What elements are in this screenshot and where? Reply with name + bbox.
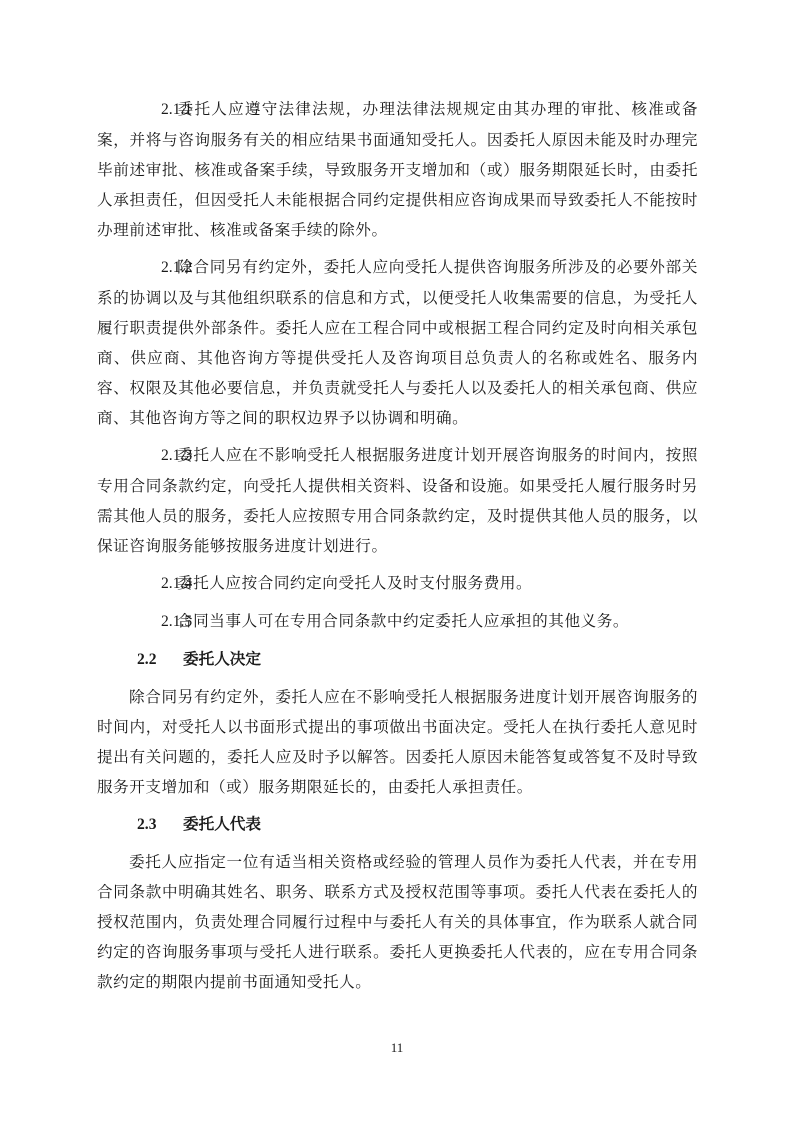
section-heading-2-2: 2.2委托人决定 xyxy=(97,644,698,675)
clause-2-1-4: 2.1.4委托人应按合同约定向受托人及时支付服务费用。 xyxy=(97,568,698,599)
heading-title: 委托人代表 xyxy=(183,814,261,833)
clause-text: 委托人应在不影响受托人根据服务进度计划开展咨询服务的时间内，按照专用合同条款约定… xyxy=(97,446,698,555)
clause-number: 2.1.5 xyxy=(129,607,177,637)
clause-number: 2.1.4 xyxy=(129,569,177,599)
paragraph-2-3: 委托人应指定一位有适当相关资格或经验的管理人员作为委托人代表，并在专用合同条款中… xyxy=(97,847,698,997)
heading-title: 委托人决定 xyxy=(183,649,261,668)
clause-number: 2.1.3 xyxy=(129,441,177,471)
clause-text: 委托人应按合同约定向受托人及时支付服务费用。 xyxy=(177,574,532,592)
clause-2-1-2: 2.1.2除合同另有约定外，委托人应向受托人提供咨询服务所涉及的必要外部关系的协… xyxy=(97,252,698,433)
clause-text: 合同当事人可在专用合同条款中约定委托人应承担的其他义务。 xyxy=(177,612,629,630)
clause-2-1-5: 2.1.5合同当事人可在专用合同条款中约定委托人应承担的其他义务。 xyxy=(97,606,698,637)
document-page: 2.1.1委托人应遵守法律法规，办理法律法规规定由其办理的审批、核准或备案，并将… xyxy=(97,94,698,1004)
section-heading-2-3: 2.3委托人代表 xyxy=(97,809,698,840)
paragraph-2-2: 除合同另有约定外，委托人应在不影响受托人根据服务进度计划开展咨询服务的时间内，对… xyxy=(97,682,698,802)
clause-number: 2.1.2 xyxy=(129,253,177,283)
clause-2-1-3: 2.1.3委托人应在不影响受托人根据服务进度计划开展咨询服务的时间内，按照专用合… xyxy=(97,440,698,561)
heading-number: 2.3 xyxy=(137,810,183,840)
clause-number: 2.1.1 xyxy=(129,95,177,125)
heading-number: 2.2 xyxy=(137,645,183,675)
clause-2-1-1: 2.1.1委托人应遵守法律法规，办理法律法规规定由其办理的审批、核准或备案，并将… xyxy=(97,94,698,245)
page-number: 11 xyxy=(0,1040,794,1056)
clause-text: 除合同另有约定外，委托人应向受托人提供咨询服务所涉及的必要外部关系的协调以及与其… xyxy=(97,258,698,427)
